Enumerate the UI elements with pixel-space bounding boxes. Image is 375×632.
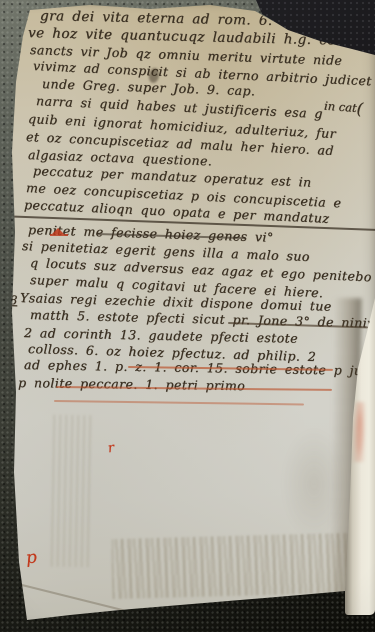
red-letter-p-mark: p: [25, 547, 38, 568]
manuscript-photo: gra dei vita eterna ad rom. 6. in cat ve…: [0, 0, 375, 632]
margin-note-brace: (: [356, 99, 364, 118]
red-squiggle-mark: r: [107, 441, 115, 457]
manuscript-line: p nolite peccare. 1. petri primo: [18, 377, 245, 393]
bleed-through-band: [111, 533, 350, 599]
red-caret-mark: [52, 228, 64, 234]
red-underline-3: [54, 400, 304, 405]
bleed-through-column: [51, 415, 94, 568]
red-edge-stain: [353, 402, 367, 462]
margin-note-text: in cat: [324, 99, 358, 115]
margin-note: in cat(: [323, 97, 363, 119]
manuscript-page: gra dei vita eterna ad rom. 6. in cat ve…: [0, 0, 375, 632]
